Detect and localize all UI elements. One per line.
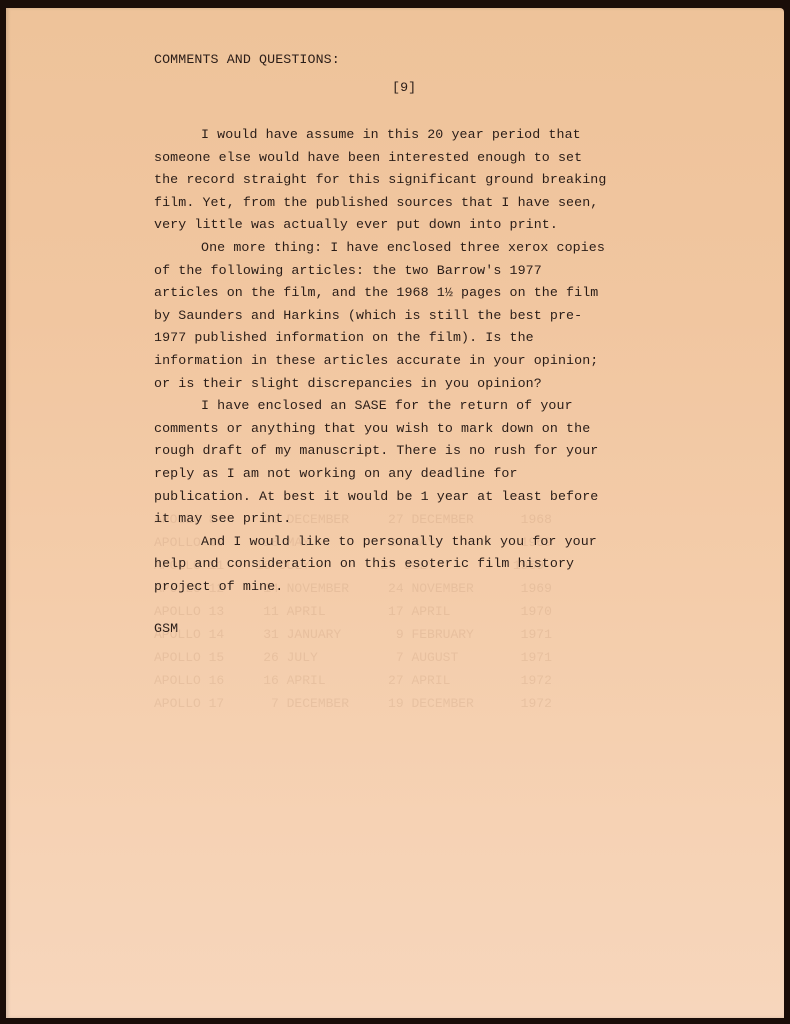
document-body: COMMENTS AND QUESTIONS: [9] I would have… (154, 50, 694, 654)
paragraph-4: And I would like to personally thank you… (154, 531, 694, 599)
letter-body: I would have assume in this 20 year peri… (154, 124, 694, 598)
page-number: [9] (392, 78, 694, 98)
paragraph-3: I have enclosed an SASE for the return o… (154, 395, 694, 531)
paragraph-2: One more thing: I have enclosed three xe… (154, 237, 694, 395)
signature-initials: GSM (154, 618, 694, 640)
section-heading: COMMENTS AND QUESTIONS: (154, 50, 694, 70)
paragraph-1: I would have assume in this 20 year peri… (154, 124, 694, 237)
scanned-page: APOLLO 8 21 DECEMBER 27 DECEMBER 1968 AP… (0, 0, 790, 1024)
